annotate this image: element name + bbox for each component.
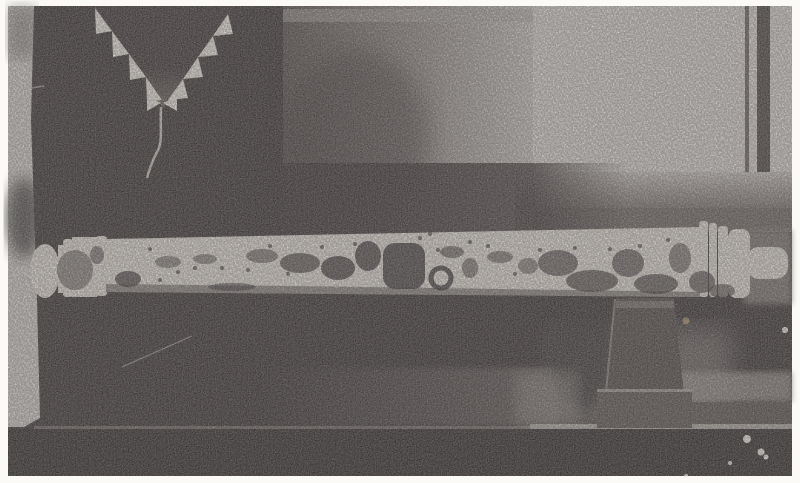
film-grain-dark xyxy=(8,6,792,476)
photograph xyxy=(0,0,800,483)
photograph-container xyxy=(0,0,800,483)
